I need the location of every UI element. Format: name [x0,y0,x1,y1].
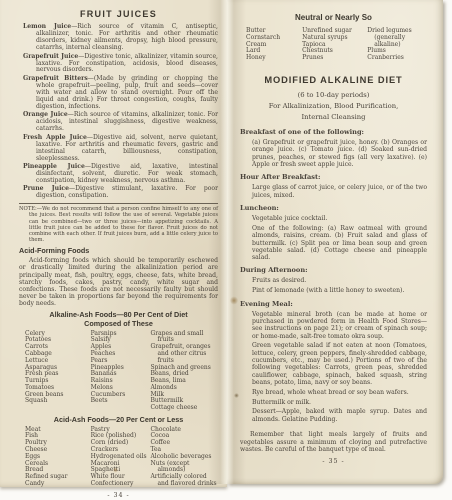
neutral-column-2: Unrefined sugarNatural syrupsTapiocaChes… [302,28,367,62]
section-paragraph: One of the following: (a) Raw oatmeal wi… [252,225,427,262]
meal-section-breakfast: Breakfast of one of the following: (a) G… [240,129,427,168]
list-item: Nuts (except almonds) [150,461,218,475]
juice-name: Prune Juice [23,185,69,192]
left-page-number: - 34 - [19,492,218,499]
diet-subtitle-line1: (6 to 10-day periods) [240,90,427,101]
note-block: NOTE:—We do not recommend that a person … [19,203,218,243]
neutral-table: ButterCornstarchCreamLardHoney Unrefined… [246,28,427,62]
acid-forming-paragraph: Acid-forming foods which should be tempo… [19,257,218,307]
juice-entry: Grapefruit Bitters—(Made by grinding or … [23,76,218,111]
juice-entry: Grapefruit Juice—Digestive tonic, alkali… [23,54,218,75]
juice-name: Lemon Juice [23,23,71,30]
section-title: Evening Meal: [240,301,427,309]
section-title: Luncheon: [240,205,427,213]
list-item: Confectionery [91,481,151,488]
meal-section-evening: Evening Meal: Vegetable mineral broth (c… [240,301,427,423]
alkaline-column-2: ParsnipsSalsifyApplesPeachesPearsPineapp… [91,331,151,412]
list-item: Candy [25,481,91,488]
diet-subtitle: (6 to 10-day periods) For Alkalinization… [240,90,427,124]
acid-ash-heading: Acid-Ash Foods—20 Per Cent or Less [19,416,218,425]
section-title: Breakfast of one of the following: [240,129,427,137]
list-item: Prunes [302,55,367,62]
list-item: Honey [246,55,302,62]
alkaline-ash-heading-line2: Composed of These [19,320,218,329]
alkaline-column-3: Grapes and small fruitsGrapefruit, orang… [150,331,218,412]
left-page: FRUIT JUICES Lemon Juice—Rich source of … [0,0,227,487]
list-item: Squash [25,398,91,405]
section-paragraph: Green vegetable salad if not eaten at no… [252,342,427,386]
juice-name: Fresh Apple Juice [23,134,87,141]
acid-ash-column-1: MeatFishPoultryCheeseEggsCerealsBreadRef… [25,427,91,488]
list-item: Dried legumes (generally alkaline) [367,28,427,48]
alkaline-ash-table: CeleryPotatoesCarrotsCabbageLettuceAspar… [25,331,218,412]
juice-entry: Pineapple Juice—Digestive aid, laxative,… [23,164,218,185]
acid-forming-heading: Acid-Forming Foods [19,247,218,255]
diet-title: MODIFIED ALKALINE DIET [240,75,427,86]
alkaline-ash-heading: Alkaline-Ash Foods—80 Per Cent of Diet C… [19,311,218,329]
section-title-bold: Breakfast [240,128,276,136]
list-item: Grapes and small fruits [150,331,218,345]
right-page: Neutral or Nearly So ButterCornstarchCre… [227,0,443,484]
juice-entry: Orange Juice—Rich source of vitamins, al… [23,112,218,133]
juice-entry: Prune Juice—Digestive stimulant, laxativ… [23,186,218,200]
meal-section-hour-after: Hour After Breakfast: Large glass of car… [240,174,427,199]
meal-section-afternoon: During Afternoon: Fruits as desired. Pin… [240,267,427,294]
section-paragraph: Pint of lemonade (with a little honey to… [252,287,427,294]
section-paragraph: Large glass of carrot juice, or celery j… [252,184,427,199]
juice-name: Orange Juice [23,111,68,118]
section-paragraph: Fruits as desired. [252,277,427,284]
neutral-heading: Neutral or Nearly So [240,13,427,22]
juice-name: Grapefruit Juice [23,53,78,60]
juice-entry: Lemon Juice—Rich source of vitamin C, an… [23,24,218,52]
diet-subtitle-line2: For Alkalinization, Blood Purification, [240,101,427,112]
section-paragraph: (a) Grapefruit or grapefruit juice, hone… [252,139,427,168]
section-paragraph: Rye bread, whole wheat bread or soy bean… [252,389,427,396]
juice-name: Grapefruit Bitters [23,75,88,82]
page-title: FRUIT JUICES [19,9,218,19]
juice-entry: Fresh Apple Juice—Digestive aid, solvent… [23,135,218,163]
section-title-rest: of one of the following: [276,128,364,136]
acid-ash-column-2: PastryRice (polished)Corn (dried)Cracker… [91,427,151,488]
neutral-column-3: Dried legumes (generally alkaline)PlumsC… [367,28,427,62]
section-title: During Afternoon: [240,267,427,275]
neutral-column-1: ButterCornstarchCreamLardHoney [246,28,302,62]
list-item: Cranberries [367,55,427,62]
juice-name: Pineapple Juice [23,163,85,170]
closing-paragraph: Remember that light meals largely of fru… [240,431,427,454]
note-text: NOTE:—We do not recommend that a person … [19,206,218,243]
right-page-number: - 35 - [240,458,427,465]
section-paragraph: Vegetable juice cocktail. [252,215,427,222]
section-title: Hour After Breakfast: [240,174,427,182]
alkaline-column-1: CeleryPotatoesCarrotsCabbageLettuceAspar… [25,331,91,412]
book-scan: FRUIT JUICES Lemon Juice—Rich source of … [0,0,452,500]
list-item: Grapefruit, oranges and other citrus fru… [150,344,218,364]
meal-section-luncheon: Luncheon: Vegetable juice cocktail. One … [240,205,427,261]
section-paragraph: Buttermilk or milk. [252,399,427,406]
acid-ash-table: MeatFishPoultryCheeseEggsCerealsBreadRef… [25,427,218,488]
list-item: Beets [91,398,151,405]
acid-ash-column-3: ChocolateCocoaCoffeeTeaAlcoholic beverag… [150,427,218,488]
diet-subtitle-line3: Internal Cleansing [240,112,427,123]
section-paragraph: Vegetable mineral broth (can be made at … [252,311,427,340]
list-item: Cottage cheese [150,405,218,412]
section-paragraph: Dessert—Apple, baked with maple syrup. D… [252,408,427,423]
list-item: Artificially colored and flavored drinks [150,474,218,488]
